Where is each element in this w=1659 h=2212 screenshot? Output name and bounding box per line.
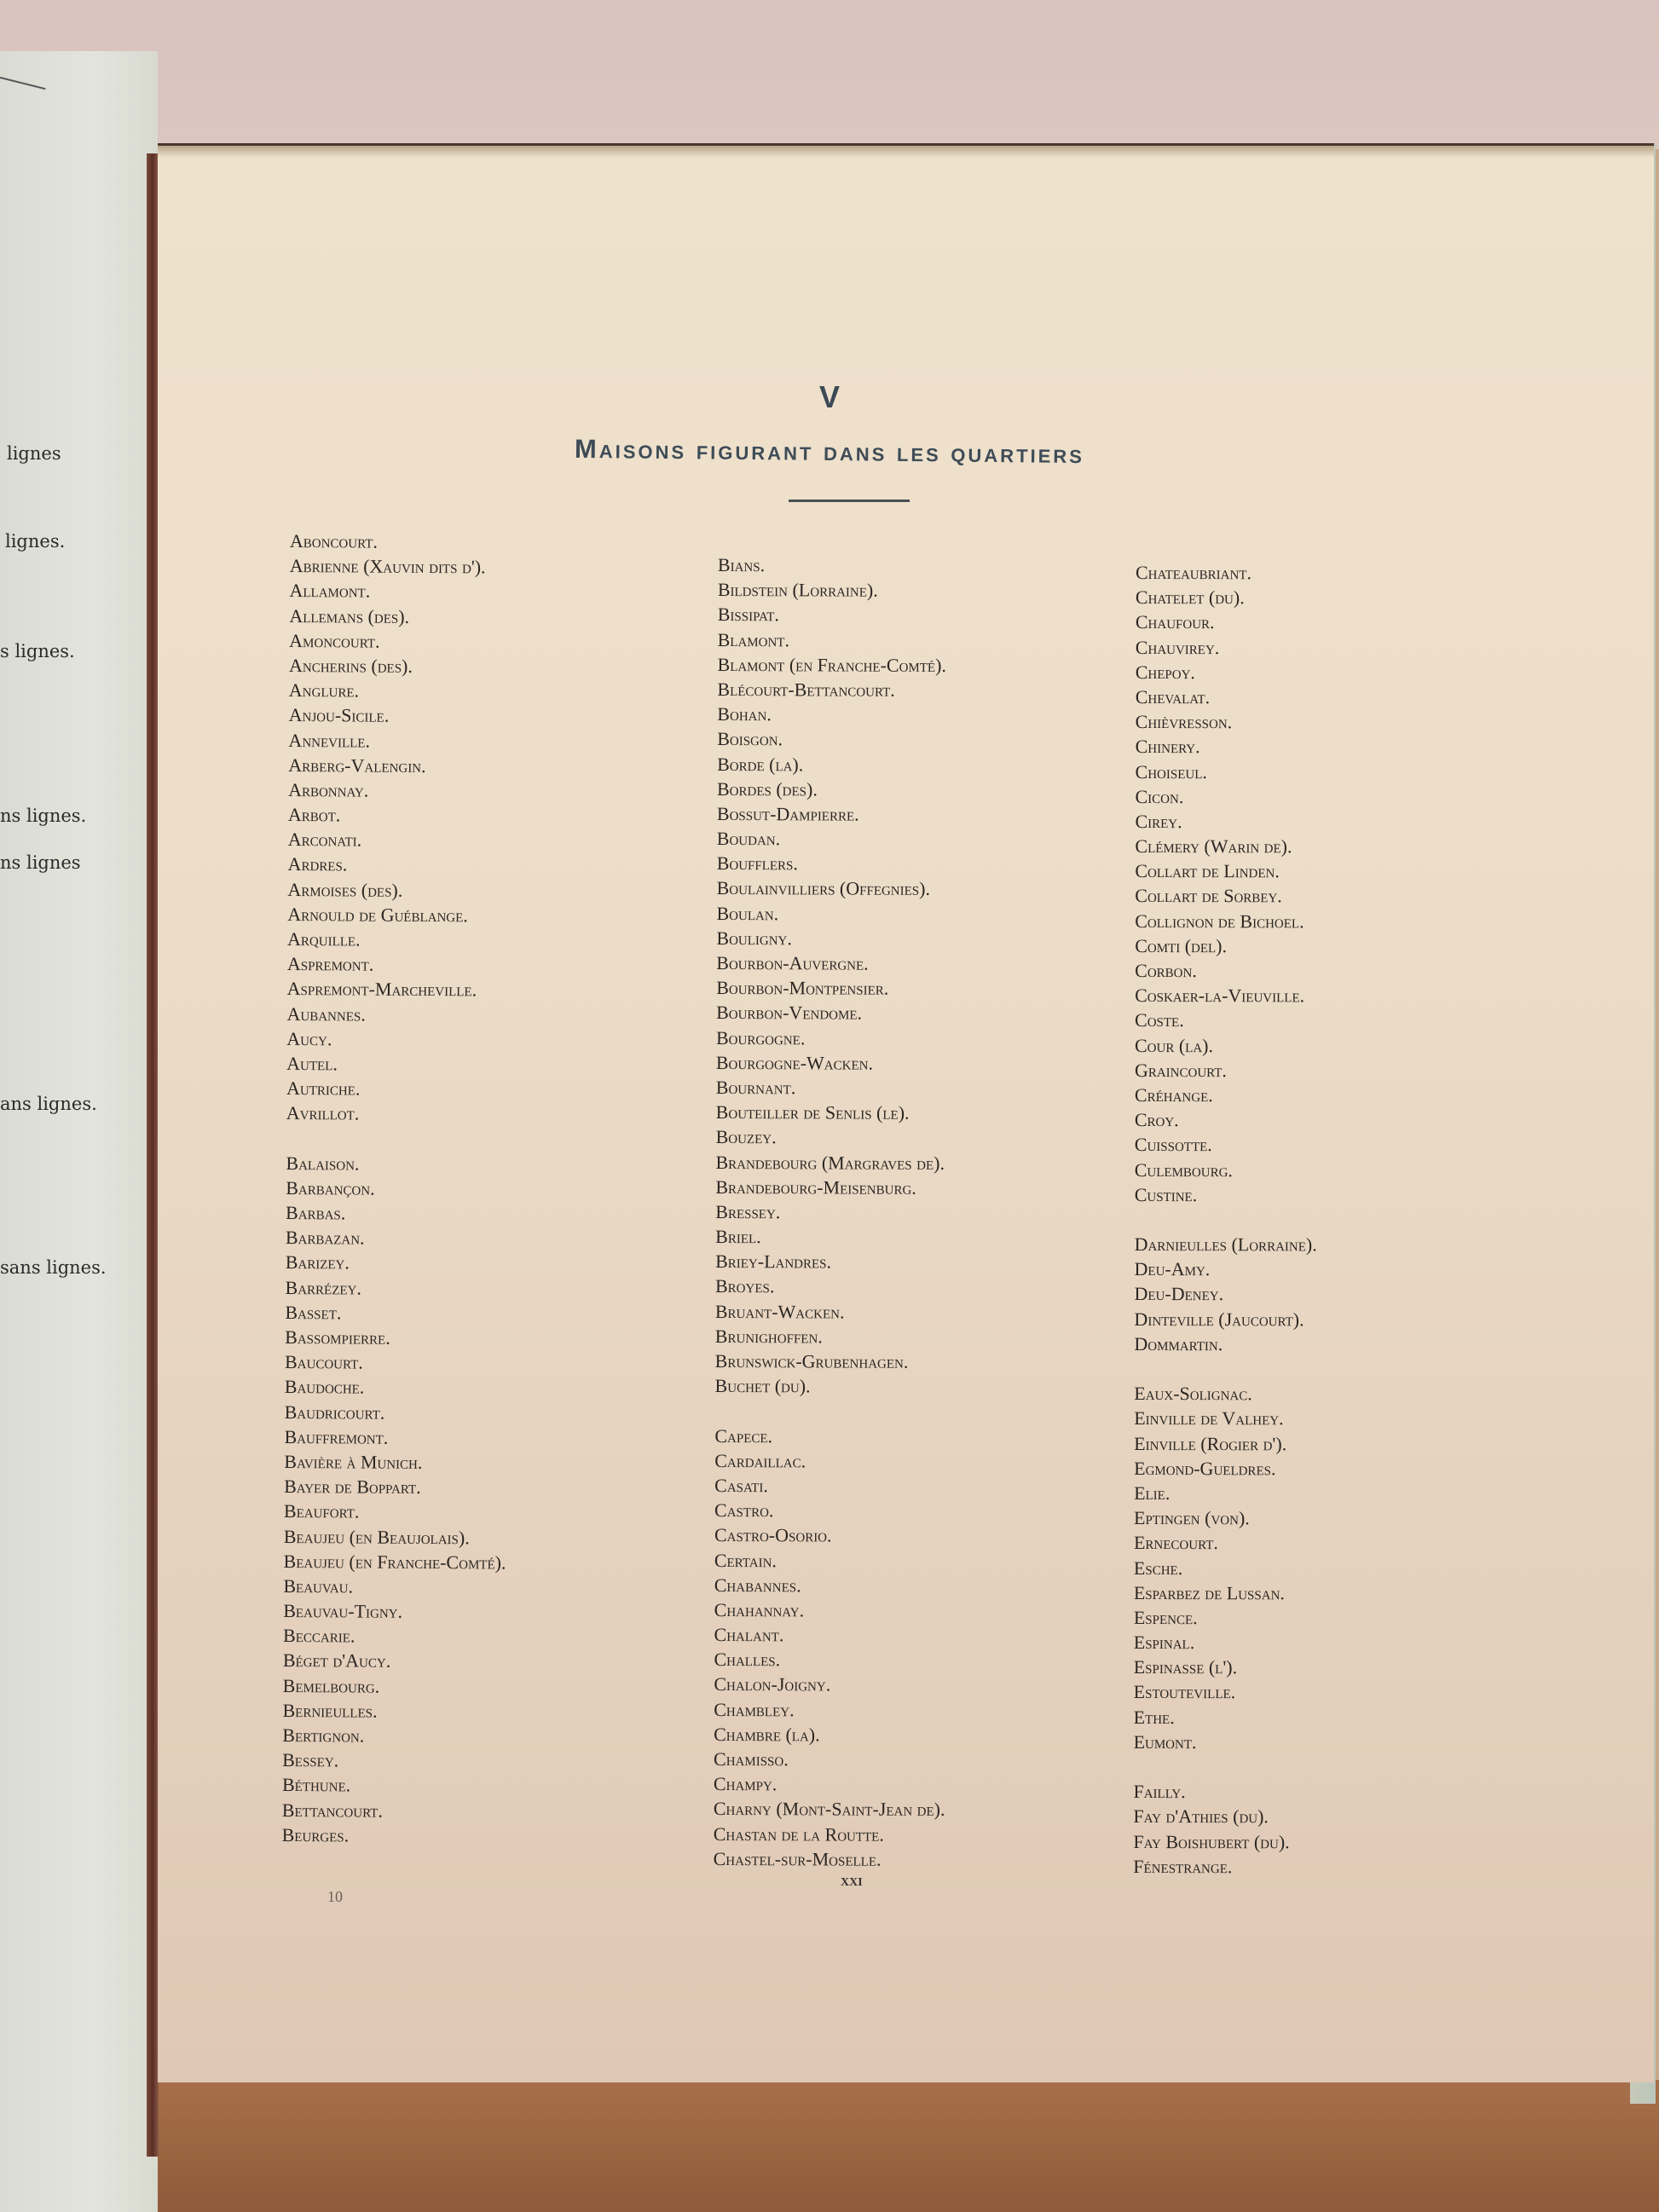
house-name-entry: Arberg-Valengin. — [288, 753, 511, 779]
house-name-entry: Avrillot. — [286, 1100, 509, 1127]
house-name-entry: Ancherins (des). — [289, 653, 512, 679]
house-name-entry: Capece. — [714, 1424, 946, 1449]
house-name-entry: Croy. — [1135, 1107, 1317, 1133]
house-name-entry: Dommartin. — [1134, 1331, 1316, 1357]
house-name-entry: Bavière à Munich. — [284, 1449, 506, 1476]
house-name-entry: Balaison. — [286, 1151, 508, 1177]
house-name-entry: Cour (la). — [1135, 1033, 1317, 1059]
house-name-entry: Buchet (du). — [715, 1373, 947, 1399]
house-name-entry: Ardres. — [288, 852, 511, 878]
house-name-entry: Bourbon-Montpensier. — [716, 975, 948, 1001]
house-name-entry: Beurges. — [282, 1822, 505, 1849]
section-a: Aboncourt.Abrienne (Xauvin dits d').Alla… — [286, 528, 512, 1127]
house-name-entry: Anglure. — [289, 678, 512, 704]
house-name-entry: Chamisso. — [714, 1747, 945, 1772]
house-name-entry: Charny (Mont-Saint-Jean de). — [714, 1796, 945, 1822]
house-name-entry: Bessey. — [282, 1747, 505, 1774]
house-name-entry: Certain. — [714, 1547, 946, 1573]
house-name-entry: Deu-Amy. — [1135, 1256, 1317, 1282]
house-name-entry: Cardaillac. — [714, 1448, 946, 1474]
house-name-entry: Chambre (la). — [714, 1722, 945, 1747]
house-name-entry: Boisgon. — [717, 726, 949, 752]
house-name-entry: Abrienne (Xauvin dits d'). — [290, 553, 512, 580]
section-gap — [1134, 1754, 1316, 1780]
house-name-entry: Chauvirey. — [1136, 635, 1318, 661]
left-page-fragment: ans lignes. — [0, 1094, 97, 1114]
house-name-entry: Béget d'Aucy. — [283, 1648, 506, 1674]
house-name-entry: Beauvau. — [283, 1574, 506, 1600]
house-name-entry: Bohan. — [717, 702, 949, 727]
house-name-entry: Champy. — [714, 1771, 945, 1797]
house-name-entry: Barbas. — [286, 1200, 508, 1227]
house-name-entry: Beaujeu (en Beaujolais). — [284, 1523, 506, 1550]
house-name-entry: Bemelbourg. — [283, 1673, 506, 1700]
house-name-entry: Bossut-Dampierre. — [717, 801, 949, 827]
house-name-entry: Anneville. — [288, 727, 511, 754]
house-name-entry: Chevalat. — [1136, 684, 1318, 710]
left-page-fragment: ns lignes — [0, 852, 81, 873]
house-name-entry: Anjou-Sicile. — [289, 702, 512, 729]
house-name-entry: Castro-Osorio. — [714, 1522, 946, 1548]
house-name-entry: Clémery (Warin de). — [1135, 834, 1317, 859]
house-name-entry: Brandebourg-Meisenburg. — [715, 1175, 947, 1200]
house-name-entry: Bournant. — [716, 1075, 948, 1100]
house-name-entry: Bians. — [718, 552, 950, 578]
house-name-entry: Bayer de Boppart. — [284, 1474, 506, 1500]
house-name-entry: Darnieulles (Lorraine). — [1135, 1232, 1317, 1257]
section-b: Balaison.Barbançon.Barbas.Barbazan.Bariz… — [282, 1151, 509, 1849]
house-name-entry: Espence. — [1134, 1605, 1316, 1631]
house-name-entry: Cirey. — [1135, 809, 1317, 835]
house-name-entry: Comti (del). — [1135, 933, 1317, 959]
house-name-entry: Dinteville (Jaucourt). — [1134, 1307, 1316, 1332]
house-name-entry: Chateaubriant. — [1136, 560, 1318, 586]
house-name-entry: Blamont (en Franche-Comté). — [717, 652, 949, 678]
page-number-left: 10 — [327, 1888, 343, 1906]
chapter-number: V — [0, 379, 1659, 415]
house-name-entry: Bassompierre. — [285, 1325, 507, 1351]
house-name-entry: Baudricourt. — [285, 1400, 507, 1426]
house-name-entry: Ethe. — [1134, 1705, 1316, 1730]
house-name-entry: Eptingen (von). — [1134, 1505, 1316, 1531]
house-name-entry: Barizey. — [286, 1250, 508, 1276]
house-name-entry: Bildstein (Lorraine). — [718, 577, 950, 603]
left-page-fragment: sans lignes. — [0, 1257, 107, 1278]
house-name-entry: Bourbon-Auvergne. — [716, 950, 948, 976]
section-c: Capece.Cardaillac.Casati.Castro.Castro-O… — [714, 1424, 946, 1872]
house-name-entry: Amoncourt. — [289, 628, 512, 655]
page-top-edge — [158, 143, 1654, 158]
house-name-entry: Chambley. — [714, 1697, 945, 1723]
house-name-entry: Espinasse (l'). — [1134, 1655, 1316, 1680]
house-name-entry: Bressey. — [715, 1199, 947, 1225]
house-name-entry: Chalon-Joigny. — [714, 1672, 945, 1697]
house-name-entry: Corbon. — [1135, 958, 1317, 984]
house-name-entry: Brunswick-Grubenhagen. — [715, 1349, 947, 1374]
house-name-entry: Beaufort. — [284, 1499, 506, 1525]
house-name-entry: Aucy. — [286, 1026, 509, 1053]
house-name-entry: Chaufour. — [1136, 609, 1318, 635]
house-name-entry: Boulainvilliers (Offegnies). — [717, 875, 949, 901]
house-name-entry: Esparbez de Lussan. — [1134, 1580, 1316, 1606]
house-name-entry: Einville (Rogier d'). — [1134, 1431, 1316, 1457]
house-name-entry: Custine. — [1135, 1182, 1317, 1208]
house-name-entry: Egmond-Gueldres. — [1134, 1456, 1316, 1481]
house-name-entry: Autriche. — [286, 1076, 509, 1102]
house-name-entry: Eumont. — [1134, 1730, 1316, 1755]
house-name-entry: Chastan de la Routte. — [714, 1822, 945, 1847]
house-name-entry: Bourbon-Vendome. — [716, 1000, 948, 1025]
house-name-entry: Beauvau-Tigny. — [283, 1598, 506, 1625]
house-name-entry: Chalant. — [714, 1622, 946, 1648]
house-name-entry: Allamont. — [289, 578, 512, 604]
house-name-entry: Ernecourt. — [1134, 1530, 1316, 1556]
house-name-entry: Basset. — [285, 1300, 507, 1326]
house-name-entry: Bouligny. — [716, 926, 948, 951]
house-name-entry: Espinal. — [1134, 1630, 1316, 1655]
house-name-entry: Eaux-Solignac. — [1134, 1381, 1316, 1406]
section-d: Darnieulles (Lorraine).Deu-Amy.Deu-Deney… — [1134, 1232, 1316, 1356]
house-name-entry: Bissipat. — [718, 602, 950, 627]
section-gap — [714, 1398, 946, 1424]
house-name-entry: Brunighoffen. — [715, 1324, 947, 1349]
house-name-entry: Bouteiller de Senlis (le). — [716, 1100, 948, 1125]
house-name-entry: Bernieulles. — [282, 1698, 505, 1724]
house-name-entry: Arconati. — [288, 827, 511, 853]
house-name-entry: Bruant-Wacken. — [715, 1299, 947, 1325]
house-name-entry: Beccarie. — [283, 1623, 506, 1649]
house-name-entry: Bourgogne-Wacken. — [716, 1050, 948, 1076]
house-name-entry: Beaujeu (en Franche-Comté). — [284, 1549, 506, 1575]
house-name-entry: Chièvresson. — [1136, 709, 1318, 735]
house-name-entry: Barbazan. — [286, 1225, 508, 1251]
house-name-entry: Baucourt. — [285, 1349, 507, 1376]
previous-page — [0, 51, 158, 2212]
house-name-entry: Bouzey. — [716, 1124, 948, 1150]
house-name-entry: Baudoche. — [285, 1374, 507, 1401]
house-name-entry: Arbonnay. — [288, 777, 511, 804]
house-name-entry: Bettancourt. — [282, 1798, 505, 1824]
title-underline-rule — [789, 500, 910, 502]
section-f: Failly.Fay d'Athies (du).Fay Boishubert … — [1133, 1779, 1315, 1879]
house-name-entry: Choiseul. — [1136, 759, 1318, 784]
house-name-entry: Broyes. — [715, 1273, 947, 1299]
background-table — [0, 2080, 1659, 2212]
house-name-entry: Barbançon. — [286, 1175, 508, 1202]
house-name-entry: Chahannay. — [714, 1597, 946, 1623]
house-name-entry: Estouteville. — [1134, 1679, 1316, 1705]
house-name-entry: Armoises (des). — [287, 877, 510, 904]
house-name-entry: Bordes (des). — [717, 777, 949, 802]
house-name-entry: Aspremont. — [287, 951, 510, 978]
house-name-entry: Collart de Sorbey. — [1135, 883, 1317, 909]
house-name-entry: Esche. — [1134, 1555, 1316, 1580]
house-name-entry: Deu-Deney. — [1134, 1281, 1316, 1307]
section-gap — [286, 1125, 509, 1152]
left-page-rule — [0, 77, 46, 90]
house-name-entry: Challes. — [714, 1647, 945, 1672]
house-name-entry: Bertignon. — [282, 1723, 505, 1749]
house-name-entry: Fay d'Athies (du). — [1133, 1804, 1315, 1829]
names-column-2: Bians.Bildstein (Lorraine).Bissipat.Blam… — [714, 552, 950, 1872]
house-name-entry: Arquille. — [287, 927, 510, 953]
house-name-entry: Coskaer-la-Vieuville. — [1135, 983, 1317, 1008]
house-name-entry: Collignon de Bichoel. — [1135, 909, 1317, 934]
left-page-fragment: s lignes. — [0, 641, 75, 661]
house-name-entry: Aubannes. — [286, 1002, 509, 1028]
left-page-fragment: ns lignes. — [0, 806, 86, 826]
house-name-entry: Cicon. — [1135, 784, 1317, 810]
house-name-entry: Arnould de Guéblange. — [287, 902, 510, 928]
house-name-entry: Boudan. — [717, 826, 949, 852]
house-name-entry: Briel. — [715, 1224, 947, 1250]
house-name-entry: Chabannes. — [714, 1573, 946, 1598]
names-column-1: Aboncourt.Abrienne (Xauvin dits d').Alla… — [282, 528, 512, 1849]
section-b-continued: Bians.Bildstein (Lorraine).Bissipat.Blam… — [715, 552, 950, 1399]
section-c-continued: Chateaubriant.Chatelet (du).Chaufour.Cha… — [1135, 560, 1318, 1207]
house-name-entry: Boulan. — [716, 901, 948, 927]
house-name-entry: Béthune. — [282, 1772, 505, 1799]
house-name-entry: Chepoy. — [1136, 660, 1318, 685]
house-name-entry: Collart de Linden. — [1135, 858, 1317, 884]
house-name-entry: Coste. — [1135, 1008, 1317, 1033]
house-name-entry: Cuissotte. — [1135, 1132, 1317, 1158]
house-name-entry: Casati. — [714, 1473, 946, 1499]
house-name-entry: Failly. — [1133, 1779, 1315, 1805]
house-name-entry: Culembourg. — [1135, 1157, 1317, 1182]
house-name-entry: Allemans (des). — [289, 604, 512, 630]
section-gap — [1135, 1207, 1317, 1233]
house-name-entry: Elie. — [1134, 1481, 1316, 1506]
background-wall — [0, 0, 1659, 149]
house-name-entry: Autel. — [286, 1051, 509, 1077]
house-name-entry: Einville de Valhey. — [1134, 1406, 1316, 1431]
house-name-entry: Chastel-sur-Moselle. — [714, 1846, 945, 1872]
house-name-entry: Bauffremont. — [284, 1424, 506, 1451]
house-name-entry: Borde (la). — [717, 751, 949, 777]
house-name-entry: Blamont. — [718, 627, 950, 653]
house-name-entry: Arbot. — [288, 802, 511, 829]
names-column-3: Chateaubriant.Chatelet (du).Chaufour.Cha… — [1133, 560, 1318, 1879]
house-name-entry: Barrézey. — [285, 1275, 507, 1302]
house-name-entry: Castro. — [714, 1498, 946, 1523]
house-name-entry: Créhange. — [1135, 1083, 1317, 1108]
section-gap — [1134, 1356, 1316, 1382]
page-number-roman: xxi — [841, 1871, 863, 1891]
house-name-entry: Graincourt. — [1135, 1058, 1317, 1083]
house-name-entry: Fénestrange. — [1133, 1854, 1315, 1880]
house-name-entry: Aspremont-Marcheville. — [287, 976, 510, 1002]
house-name-entry: Chatelet (du). — [1136, 585, 1318, 610]
house-name-entry: Blécourt-Bettancourt. — [717, 677, 949, 702]
left-page-fragment: lignes. — [5, 531, 65, 552]
house-name-entry: Boufflers. — [717, 851, 949, 876]
house-name-entry: Fay Boishubert (du). — [1133, 1829, 1315, 1855]
house-name-entry: Briey-Landres. — [715, 1249, 947, 1274]
house-name-entry: Chinery. — [1136, 734, 1318, 759]
house-name-entry: Bourgogne. — [716, 1025, 948, 1051]
house-name-entry: Aboncourt. — [290, 528, 512, 555]
section-e: Eaux-Solignac.Einville de Valhey.Einvill… — [1134, 1381, 1317, 1754]
house-name-entry: Brandebourg (Margraves de). — [715, 1149, 947, 1175]
